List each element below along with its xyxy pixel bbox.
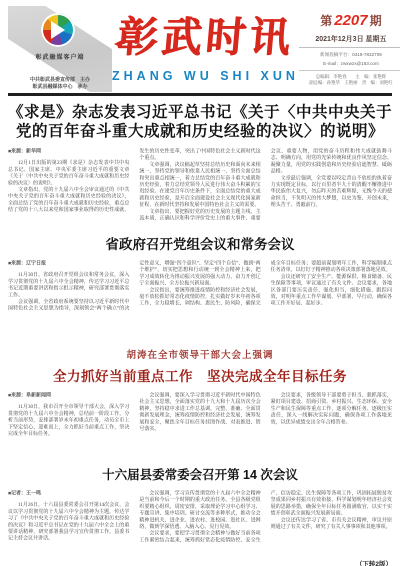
media-app-logo-icon xyxy=(41,13,75,47)
staff-credits: 总编辑：李艳春 主 编：张艳辉 副总编：孙艳华 王艳丽 责 编：刘艳红 xyxy=(299,74,400,86)
article-4-headline: 十六届县委常委会召开第 14 次会议 xyxy=(8,465,392,483)
article-2-headline: 省政府召开党组会议和常务会议 xyxy=(8,233,392,253)
play-icon xyxy=(51,21,65,39)
issue-number-line: 第2207期 xyxy=(299,12,400,30)
paragraph: 会议强调，要深入学习贯彻习近平新时代中国特色社会主义思想，全面落实党的十九大和十… xyxy=(139,392,260,432)
sponsor-line-2: 彰武县融媒体中心 承办 xyxy=(8,84,112,91)
contact-lines: 新闻投稿平台：0418-7832709 E-mail：zwxwzx@163.co… xyxy=(299,50,400,71)
news-hotline: 新闻投稿平台：0418-7832709 xyxy=(299,50,400,59)
masthead-divider-rule xyxy=(8,93,392,96)
sponsor-lines: 中共彰武县委宣传部 主办 彰武县融媒体中心 承办 xyxy=(8,77,112,91)
article-2-source: ■来源：辽宁日报 xyxy=(8,260,129,267)
article-3-source: ■来源：阜新新闻网 xyxy=(8,392,129,399)
issue-prefix: 第 xyxy=(320,14,332,28)
article-1-source: ■来源：新华网 xyxy=(8,148,129,155)
article-3-headline: 全力抓好当前重点工作 坚决完成全年目标任务 xyxy=(8,365,392,385)
article-1-headline: 《求是》杂志发表习近平总书记《关于〈中共中央关于 党的百年奋斗重大成就和历史经验… xyxy=(8,103,392,141)
headline-line-2: 党的百年奋斗重大成就和历史经验的决议〉的说明》 xyxy=(8,122,392,141)
paragraph: 11月26日，十六届县委常委会召开第14次会议，会议以学习贯彻党的十九届六中全会… xyxy=(8,502,129,542)
article-2-body: ■来源：辽宁日报 11月30日，省政府召开党组会议和常务会议，深入学习贯彻党的十… xyxy=(8,260,392,334)
article-4-byline: ■记者：王一鸣 xyxy=(8,490,129,497)
masthead: 彰武融媒客户端 中共彰武县委宣传部 主办 彰武县融媒体中心 承办 彰武时讯 ZH… xyxy=(8,6,392,92)
article-1-body: ■来源：新华网 12月1日出版的第23期《求是》杂志发表中共中央总书记、国家主席… xyxy=(8,148,392,222)
paragraph: 11月30日，我市召开全市领导干部大会，深入学习贯彻党的十九届六中全会精神，总结… xyxy=(8,404,129,438)
headline-line-1: 《求是》杂志发表习近平总书记《关于〈中共中央关于 xyxy=(8,103,392,122)
newspaper-front-page: 彰武融媒客户端 中共彰武县委宣传部 主办 彰武县融媒体中心 承办 彰武时讯 ZH… xyxy=(0,0,400,566)
paragraph: 会议还研究了安全生产、能源保供、粮食储备、民生保障等事项，审议通过了有关文件。会… xyxy=(271,273,392,307)
paragraph: 会议强调，学习宣传贯彻党的十九届六中全会精神是当前和今后一个时期的重大政治任务。… xyxy=(139,490,260,530)
contact-email: E-mail：zwxwzx@163.com xyxy=(299,59,400,68)
article-3-body: ■来源：阜新新闻网 11月30日，我市召开全市领导干部大会，深入学习贯彻党的十九… xyxy=(8,392,392,454)
newspaper-title-pinyin: ZHANG WU SHI XUN xyxy=(112,69,299,83)
article-city-cadre-meeting: 胡涛在全市领导干部大会上强调 全力抓好当前重点工作 坚决完成全年目标任务 ■来源… xyxy=(8,347,392,454)
sponsor-line-1: 中共彰武县委宣传部 主办 xyxy=(8,77,112,84)
logo-caption: 彰武融媒客户端 xyxy=(8,52,112,61)
paragraph: 会议还传达学习了省、市有关会议精神，审议并原则通过了有关文件，研究了有关人事事项… xyxy=(271,517,392,530)
masthead-logo-block: 彰武融媒客户端 中共彰武县委宣传部 主办 彰武县融媒体中心 承办 xyxy=(8,6,112,92)
issue-suffix: 期 xyxy=(370,14,382,28)
newspaper-title: 彰武时讯 xyxy=(110,15,301,61)
paragraph: 11月30日，省政府召开党组会议和常务会议，深入学习贯彻党的十九届六中全会精神，… xyxy=(8,272,129,299)
article-3-kicker: 胡涛在全市领导干部大会上强调 xyxy=(8,347,392,361)
masthead-center: 彰武时讯 ZHANG WU SHI XUN xyxy=(112,6,299,92)
article-county-committee-meeting: 十六届县委常委会召开第 14 次会议 ■记者：王一鸣 11月26日，十六届县委常… xyxy=(8,465,392,566)
publication-date: 2021年12月3日 星期五 xyxy=(299,34,400,48)
paragraph: 文章强调，决议稿起草坚持总结历史和面向未来相统一、坚持党的领导和依靠人民相统一、… xyxy=(139,161,260,208)
article-4-body: ■记者：王一鸣 11月26日，十六届县委常委会召开第14次会议，会议以学习贯彻党… xyxy=(8,490,392,566)
paragraph: 12月1日出版的第23期《求是》杂志发表中共中央总书记、国家主席、中央军委主席习… xyxy=(8,160,129,187)
staff-line-2: 副总编：孙艳华 王艳丽 责 编：刘艳红 xyxy=(299,80,400,86)
article-qiushi: 《求是》杂志发表习近平总书记《关于〈中共中央关于 党的百年奋斗重大成就和历史经验… xyxy=(8,103,392,222)
masthead-info-block: 第2207期 2021年12月3日 星期五 新闻投稿平台：0418-783270… xyxy=(299,6,400,92)
article-provincial-meeting: 省政府召开党组会议和常务会议 ■来源：辽宁日报 11月30日，省政府召开党组会议… xyxy=(8,233,392,334)
continued-on-page-2-marker: （下转2版） xyxy=(352,559,392,566)
paragraph: 文章最后强调，全党要以咬定青山不放松的执着奋力实现既定目标，以行百里者半九十的清… xyxy=(271,175,392,209)
issue-number: 2207 xyxy=(332,12,369,29)
paragraph: 会议要求，各级领导干部要勇于担当、狠抓落实，紧盯项目建设、招商引资、乡村振兴、生… xyxy=(271,392,392,426)
